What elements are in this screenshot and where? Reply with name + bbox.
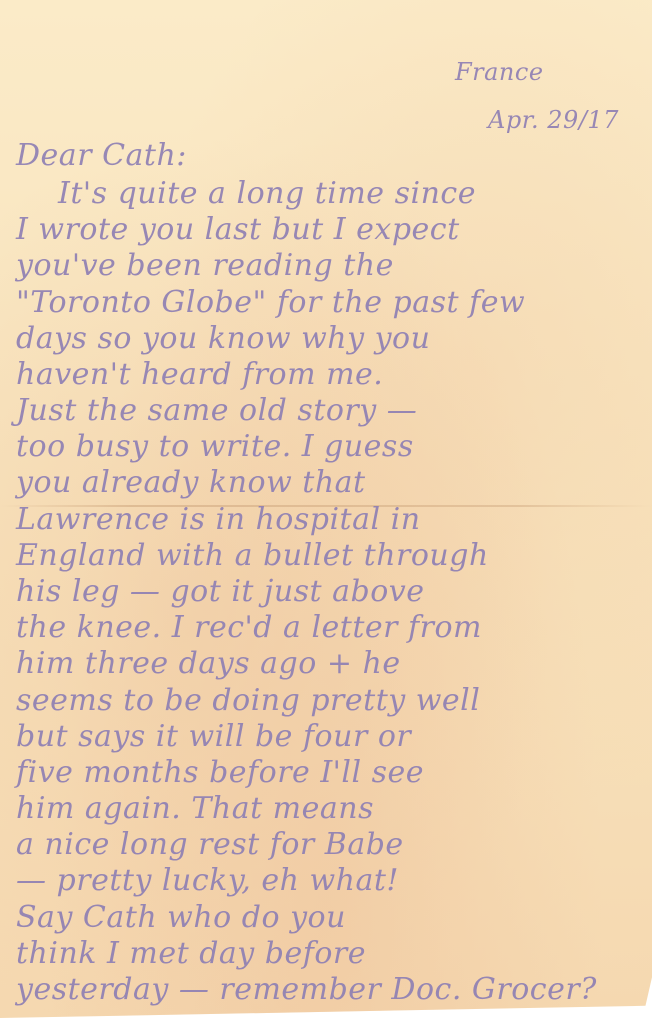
letter-line: days so you know why you — [16, 321, 430, 356]
letter-salutation: Dear Cath: — [16, 138, 187, 173]
letter-line: seems to be doing pretty well — [16, 683, 480, 718]
letter-line: too busy to write. I guess — [16, 429, 414, 464]
letter-line: his leg — got it just above — [16, 574, 424, 609]
letter-line: a nice long rest for Babe — [16, 827, 404, 862]
letter-line: you already know that — [16, 465, 366, 500]
letter-line: but says it will be four or — [16, 719, 411, 754]
letter-line: Say Cath who do you — [16, 900, 346, 935]
letter-line: haven't heard from me. — [16, 357, 383, 392]
letter-line: you've been reading the — [16, 248, 394, 283]
letter-line: the knee. I rec'd a letter from — [16, 610, 482, 645]
letter-line: five months before I'll see — [16, 755, 424, 790]
letter-line: Just the same old story — — [16, 393, 417, 428]
letter-line: Lawrence is in hospital in — [16, 502, 421, 537]
letter-line: I wrote you last but I expect — [16, 212, 460, 247]
letter-line: him again. That means — [16, 791, 374, 826]
letter-line: "Toronto Globe" for the past few — [16, 285, 525, 320]
letter-place: France — [455, 58, 544, 86]
letter-line: — pretty lucky, eh what! — [16, 863, 399, 898]
letter-date: Apr. 29/17 — [488, 106, 619, 134]
letter-line: It's quite a long time since — [58, 176, 476, 211]
letter-line: England with a bullet through — [16, 538, 489, 573]
letter-line: him three days ago + he — [16, 646, 401, 681]
letter-line: yesterday — remember Doc. Grocer? — [16, 972, 597, 1007]
letter-line: think I met day before — [16, 936, 366, 971]
